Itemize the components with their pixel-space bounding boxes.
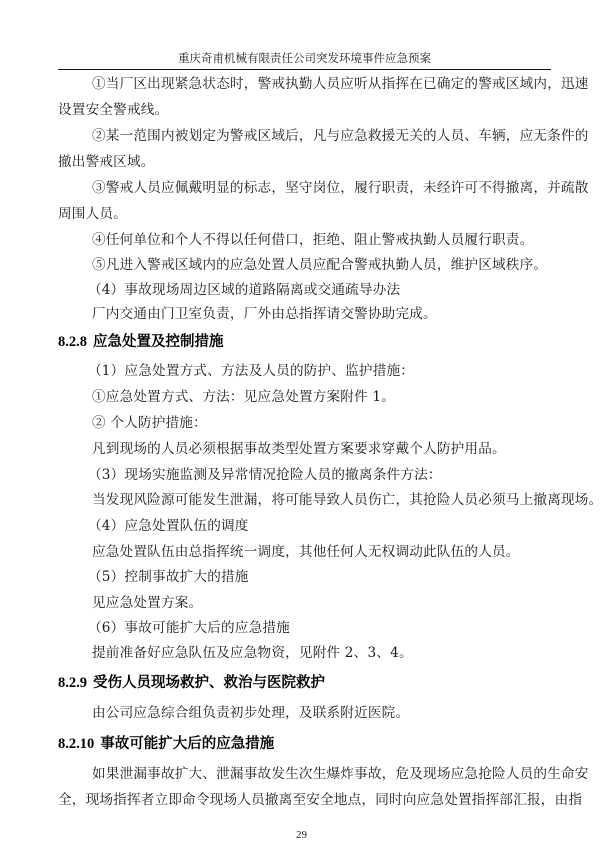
header-rule bbox=[58, 69, 551, 70]
paragraph-line: ③警戒人员应佩戴明显的标志，坚守岗位，履行职责，未经许可不得撤离，并疏散 bbox=[92, 178, 551, 198]
paragraph-line: （3）现场实施监测及异常情况抢险人员的撤离条件方法： bbox=[88, 465, 547, 485]
paragraph-line: ⑤凡进入警戒区域内的应急处置人员应配合警戒执勤人员，维护区域秩序。 bbox=[92, 255, 551, 275]
paragraph-line: ④任何单位和个人不得以任何借口，拒绝、阻止警戒执勤人员履行职责。 bbox=[92, 230, 551, 250]
paragraph-line: （6）事故可能扩大后的应急措施 bbox=[88, 618, 547, 638]
paragraph-line: ①当厂区出现紧急状态时，警戒执勤人员应听从指挥在已确定的警戒区域内，迅速 bbox=[92, 74, 551, 94]
section-title: 受伤人员现场救护、救治与医院救护 bbox=[93, 675, 325, 691]
paragraph-line: （5）控制事故扩大的措施 bbox=[88, 567, 547, 587]
paragraph-line: 提前准备好应急队伍及应急物资，见附件 2、3、4。 bbox=[92, 643, 551, 663]
paragraph-line: 当发现风险源可能发生泄漏，将可能导致人员伤亡，其抢险人员必须马上撤离现场。 bbox=[92, 490, 551, 510]
section-title: 应急处置及控制措施 bbox=[93, 334, 224, 350]
paragraph-line: （4）事故现场周边区域的道路隔离或交通疏导办法 bbox=[88, 280, 547, 300]
section-number: 8.2.9 bbox=[58, 675, 87, 691]
section-title: 事故可能扩大后的应急措施 bbox=[100, 736, 274, 752]
paragraph-line: 见应急处置方案。 bbox=[92, 593, 551, 613]
section-number: 8.2.10 bbox=[58, 736, 94, 752]
paragraph-line: 如果泄漏事故扩大、泄漏事故发生次生爆炸事故，危及现场应急抢险人员的生命安 bbox=[92, 764, 551, 784]
paragraph-line: 由公司应急综合组负责初步处理，及联系附近医院。 bbox=[92, 703, 551, 723]
paragraph-line: （1）应急处置方式、方法及人员的防护、监护措施： bbox=[88, 361, 547, 381]
paragraph-line: （4）应急处置队伍的调度 bbox=[88, 516, 547, 536]
page-header: 重庆奇甫机械有限责任公司突发环境事件应急预案 bbox=[58, 49, 551, 67]
paragraph-line: ② 个人防护措施： bbox=[92, 413, 551, 433]
paragraph-line: ②某一范围内被划定为警戒区域后，凡与应急救援无关的人员、车辆，应无条件的 bbox=[92, 126, 551, 146]
paragraph-line: 厂内交通由门卫室负责，厂外由总指挥请交警协助完成。 bbox=[92, 304, 551, 324]
paragraph-line: 周围人员。 bbox=[58, 204, 551, 224]
paragraph-line: 全，现场指挥者立即命令现场人员撤离至安全地点，同时向应急处置指挥部汇报，由指 bbox=[58, 790, 551, 810]
section-heading-8-2-9: 8.2.9受伤人员现场救护、救治与医院救护 bbox=[58, 672, 325, 694]
paragraph-line: ①应急处置方式、方法：见应急处置方案附件 1。 bbox=[92, 387, 551, 407]
section-heading-8-2-8: 8.2.8应急处置及控制措施 bbox=[58, 331, 224, 353]
paragraph-line: 凡到现场的人员必须根据事故类型处置方案要求穿戴个人防护用品。 bbox=[92, 439, 551, 459]
section-heading-8-2-10: 8.2.10事故可能扩大后的应急措施 bbox=[58, 733, 274, 755]
paragraph-line: 应急处置队伍由总指挥统一调度，其他任何人无权调动此队伍的人员。 bbox=[92, 542, 551, 562]
section-number: 8.2.8 bbox=[58, 334, 87, 350]
paragraph-line: 设置安全警戒线。 bbox=[58, 100, 551, 120]
page-number: 29 bbox=[0, 829, 603, 841]
paragraph-line: 撤出警戒区域。 bbox=[58, 152, 551, 172]
